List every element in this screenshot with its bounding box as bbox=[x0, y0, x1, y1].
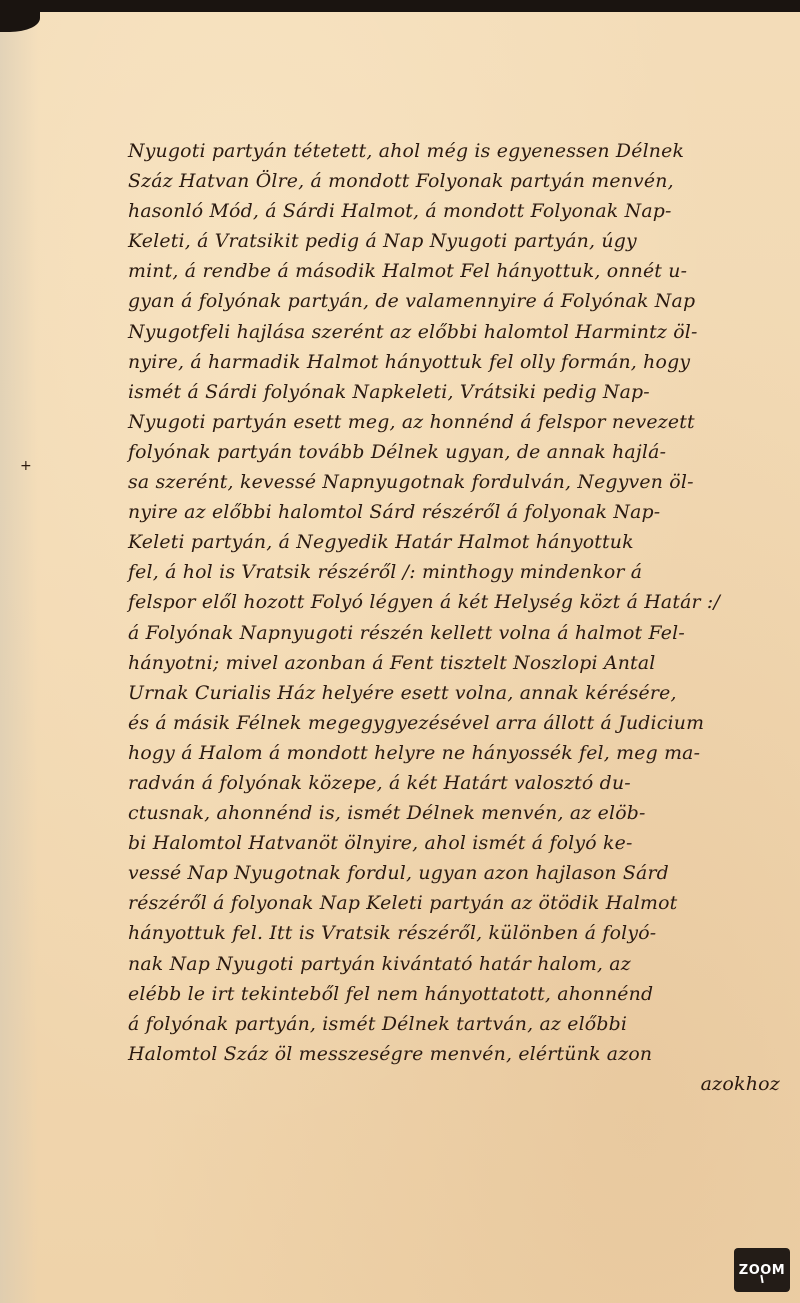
text-line: Halomtol Száz öl messzeségre menvén, elé… bbox=[128, 1039, 783, 1069]
catchword: azokhoz bbox=[128, 1069, 788, 1099]
text-line: Keleti partyán, á Negyedik Határ Halmot … bbox=[128, 527, 783, 557]
handwritten-text: Nyugoti partyán tétetett, ahol még is eg… bbox=[128, 136, 788, 1099]
text-line: felspor elől hozott Folyó légyen á két H… bbox=[128, 587, 783, 617]
text-line: hányottuk fel. Itt is Vratsik részéről, … bbox=[128, 918, 783, 948]
text-line: részéről á folyonak Nap Keleti partyán a… bbox=[128, 888, 783, 918]
text-line: ctusnak, ahonnénd is, ismét Délnek menvé… bbox=[128, 798, 783, 828]
text-line: radván á folyónak közepe, á két Határt v… bbox=[128, 768, 783, 798]
text-line: Keleti, á Vratsikit pedig á Nap Nyugoti … bbox=[128, 226, 783, 256]
text-line: vessé Nap Nyugotnak fordul, ugyan azon h… bbox=[128, 858, 783, 888]
text-line: sa szerént, kevessé Napnyugotnak fordulv… bbox=[128, 467, 783, 497]
text-line: Urnak Curialis Ház helyére esett volna, … bbox=[128, 678, 783, 708]
torn-corner bbox=[0, 12, 40, 32]
text-line: nyire, á harmadik Halmot hányottuk fel o… bbox=[128, 347, 783, 377]
text-line: fel, á hol is Vratsik részéről /: mintho… bbox=[128, 557, 783, 587]
text-line: nyire az előbbi halomtol Sárd részéről á… bbox=[128, 497, 783, 527]
text-line: á Folyónak Napnyugoti részén kellett vol… bbox=[128, 618, 783, 648]
text-line: hogy á Halom á mondott helyre ne hányoss… bbox=[128, 738, 783, 768]
text-line: folyónak partyán tovább Délnek ugyan, de… bbox=[128, 437, 783, 467]
text-line: elébb le irt tekinteből fel nem hányotta… bbox=[128, 979, 783, 1009]
text-line: nak Nap Nyugoti partyán kivántató határ … bbox=[128, 949, 783, 979]
zoom-button[interactable]: ZOOM bbox=[734, 1248, 790, 1292]
text-line: á folyónak partyán, ismét Délnek tartván… bbox=[128, 1009, 783, 1039]
text-line: hányotni; mivel azonban á Fent tisztelt … bbox=[128, 648, 783, 678]
text-line: és á másik Félnek megegygyezésével arra … bbox=[128, 708, 783, 738]
text-line: Nyugoti partyán esett meg, az honnénd á … bbox=[128, 407, 783, 437]
text-line: mint, á rendbe á második Halmot Fel hány… bbox=[128, 256, 783, 286]
text-line: gyan á folyónak partyán, de valamennyire… bbox=[128, 286, 783, 316]
manuscript-page: + Nyugoti partyán tétetett, ahol még is … bbox=[0, 12, 800, 1303]
text-line: bi Halomtol Hatvanöt ölnyire, ahol ismét… bbox=[128, 828, 783, 858]
margin-cross-mark: + bbox=[20, 458, 32, 474]
text-line: ismét á Sárdi folyónak Napkeleti, Vrátsi… bbox=[128, 377, 783, 407]
text-line: Száz Hatvan Ölre, á mondott Folyonak par… bbox=[128, 166, 783, 196]
text-line: hasonló Mód, á Sárdi Halmot, á mondott F… bbox=[128, 196, 783, 226]
text-line: Nyugotfeli hajlása szerént az előbbi hal… bbox=[128, 317, 783, 347]
text-line: Nyugoti partyán tétetett, ahol még is eg… bbox=[128, 136, 783, 166]
